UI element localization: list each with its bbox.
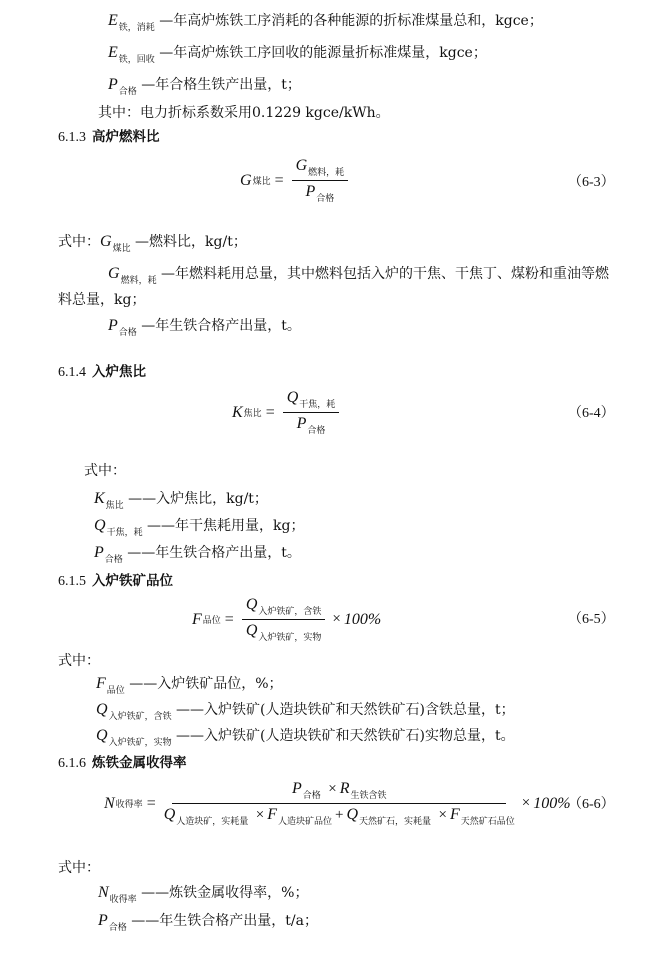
symbol: F bbox=[450, 806, 460, 823]
fraction: Q入炉铁矿，含铁 Q入炉铁矿，实物 bbox=[242, 596, 326, 643]
plus-sign: + bbox=[335, 807, 343, 823]
symbol: Q bbox=[96, 727, 108, 744]
section-heading-6-1-6: 6.1.6炼铁金属收得率 bbox=[58, 754, 187, 773]
subscript: 燃料，耗 bbox=[308, 168, 344, 178]
subscript: 合格 bbox=[316, 194, 334, 204]
equation-number-6-3: （6-3） bbox=[568, 171, 615, 191]
equals-sign: = bbox=[225, 611, 234, 629]
definition-p-qualified: P合格 —年合格生铁产出量，t； bbox=[108, 76, 301, 101]
subscript: 铁，消耗 bbox=[119, 23, 155, 33]
subscript: 合格 bbox=[303, 791, 321, 801]
definition-text: ——入炉铁矿品位，%； bbox=[129, 676, 282, 692]
subscript: 铁，回收 bbox=[119, 55, 155, 65]
subscript: 入炉铁矿，含铁 bbox=[109, 712, 172, 722]
subscript: 收得率 bbox=[110, 895, 137, 905]
numerator: Q干焦，耗 bbox=[283, 389, 340, 413]
numerator: G燃料，耗 bbox=[292, 157, 349, 181]
formula-6-6: N收得率 = P合格 ×R生铁含铁 Q人造块矿，实耗量 ×F人造块矿品位+Q天然… bbox=[104, 780, 571, 827]
symbol: Q bbox=[164, 806, 176, 823]
electricity-note: 其中：电力折标系数采用0.1229 kgce/kWh。 bbox=[98, 104, 390, 122]
formula-6-4: K焦比 = Q干焦，耗 P合格 bbox=[232, 389, 343, 436]
definition-text: —年高炉炼铁工序回收的能源量折标准煤量，kgce； bbox=[159, 45, 487, 61]
subscript: 天然矿石品位 bbox=[461, 817, 515, 827]
subscript: 合格 bbox=[105, 555, 123, 565]
subscript: 焦比 bbox=[244, 406, 262, 419]
equals-sign: = bbox=[275, 172, 284, 190]
definition-e-recovered: E铁，回收 —年高炉炼铁工序回收的能源量折标准煤量，kgce； bbox=[108, 44, 487, 69]
numerator: P合格 ×R生铁含铁 bbox=[172, 780, 506, 804]
where-label: 式中： bbox=[58, 652, 100, 670]
definition-p-qualified: P合格 —年生铁合格产出量，t。 bbox=[108, 317, 301, 342]
definition-text: —年合格生铁产出量，t； bbox=[141, 77, 301, 93]
definition-p-qualified: P合格 ——年生铁合格产出量，t。 bbox=[94, 544, 301, 569]
equals-sign: = bbox=[147, 795, 156, 813]
section-title: 高炉燃料比 bbox=[92, 129, 160, 145]
section-heading-6-1-5: 6.1.5入炉铁矿品位 bbox=[58, 572, 173, 591]
where-label: 式中： bbox=[58, 859, 100, 877]
subscript: 焦比 bbox=[106, 501, 124, 511]
definition-text: ——入炉铁矿(人造块铁矿和天然铁矿石)含铁总量，t； bbox=[176, 702, 515, 718]
definition-continuation: 料总量，kg； bbox=[58, 291, 145, 309]
definition-text: —年高炉炼铁工序消耗的各种能源的折标准煤量总和，kgce； bbox=[159, 13, 543, 29]
times-sign: × bbox=[332, 611, 340, 628]
definition-text: ——入炉铁矿(人造块铁矿和天然铁矿石)实物总量，t。 bbox=[176, 728, 515, 744]
symbol: P bbox=[108, 76, 118, 93]
subscript: 天然矿石，实耗量 bbox=[359, 817, 431, 827]
times-sign: × bbox=[522, 795, 530, 812]
times-sign: × bbox=[328, 781, 336, 797]
definition-p-qualified: P合格 ——年生铁合格产出量，t/a； bbox=[98, 912, 318, 937]
section-number: 6.1.3 bbox=[58, 130, 86, 145]
definition-g-fuel: G燃料，耗 —年燃料耗用总量，其中燃料包括入炉的干焦、干焦丁、煤粉和重油等燃 bbox=[108, 265, 609, 290]
section-number: 6.1.4 bbox=[58, 365, 86, 380]
symbol: F bbox=[192, 611, 202, 629]
definition-q-dry-coke: Q干焦，耗 ——年干焦耗用量，kg； bbox=[94, 517, 304, 542]
formula-6-3: G煤比 = G燃料，耗 P合格 bbox=[240, 157, 352, 204]
symbol: G bbox=[100, 233, 112, 250]
where-label: 式中： bbox=[58, 234, 100, 250]
symbol: P bbox=[94, 544, 104, 561]
denominator: Q入炉铁矿，实物 bbox=[242, 620, 326, 643]
symbol: G bbox=[240, 172, 252, 190]
symbol: E bbox=[108, 44, 118, 61]
subscript: 合格 bbox=[307, 426, 325, 436]
symbol: Q bbox=[346, 806, 358, 823]
where-label: 式中： bbox=[84, 462, 126, 480]
subscript: 入炉铁矿，实物 bbox=[258, 633, 321, 643]
definition-f-grade: F品位 ——入炉铁矿品位，%； bbox=[96, 675, 283, 700]
numerator: Q入炉铁矿，含铁 bbox=[242, 596, 326, 620]
section-title: 入炉焦比 bbox=[92, 364, 146, 380]
symbol: P bbox=[98, 912, 108, 929]
symbol: Q bbox=[246, 622, 258, 639]
symbol: E bbox=[108, 12, 118, 29]
denominator: P合格 bbox=[302, 181, 339, 204]
times-sign: × bbox=[256, 807, 264, 823]
subscript: 干焦，耗 bbox=[107, 528, 143, 538]
symbol: G bbox=[108, 265, 120, 282]
fraction: G燃料，耗 P合格 bbox=[292, 157, 349, 204]
section-heading-6-1-4: 6.1.4入炉焦比 bbox=[58, 363, 146, 382]
times-sign: × bbox=[439, 807, 447, 823]
symbol: K bbox=[94, 490, 105, 507]
section-number: 6.1.5 bbox=[58, 574, 86, 589]
symbol: Q bbox=[94, 517, 106, 534]
subscript: 入炉铁矿，实物 bbox=[109, 738, 172, 748]
fraction: P合格 ×R生铁含铁 Q人造块矿，实耗量 ×F人造块矿品位+Q天然矿石，实耗量 … bbox=[162, 780, 517, 827]
subscript: 合格 bbox=[119, 328, 137, 338]
subscript: 人造块矿品位 bbox=[278, 817, 332, 827]
symbol: P bbox=[306, 183, 316, 200]
section-heading-6-1-3: 6.1.3高炉燃料比 bbox=[58, 128, 160, 147]
subscript: 品位 bbox=[107, 686, 125, 696]
section-number: 6.1.6 bbox=[58, 756, 86, 771]
equation-number-6-6: （6-6） bbox=[568, 793, 615, 813]
subscript: 燃料，耗 bbox=[121, 276, 157, 286]
subscript: 入炉铁矿，含铁 bbox=[258, 607, 321, 617]
subscript: 合格 bbox=[119, 87, 137, 97]
subscript: 收得率 bbox=[116, 797, 143, 810]
definition-q-iron-content: Q入炉铁矿，含铁 ——入炉铁矿(人造块铁矿和天然铁矿石)含铁总量，t； bbox=[96, 701, 515, 726]
symbol: G bbox=[296, 157, 308, 174]
definition-text: ——年干焦耗用量，kg； bbox=[147, 518, 304, 534]
symbol: Q bbox=[287, 389, 299, 406]
subscript: 干焦，耗 bbox=[299, 400, 335, 410]
formula-6-5: F品位 = Q入炉铁矿，含铁 Q入炉铁矿，实物 ×100% bbox=[192, 596, 381, 643]
definition-k-coke-ratio: K焦比 ——入炉焦比，kg/t； bbox=[94, 490, 268, 515]
definition-text: —年生铁合格产出量，t。 bbox=[141, 318, 301, 334]
multiplier: 100% bbox=[344, 611, 381, 629]
definition-text: ——年生铁合格产出量，t。 bbox=[127, 545, 301, 561]
subscript: 合格 bbox=[109, 923, 127, 933]
symbol: K bbox=[232, 404, 243, 422]
definition-text: ——炼铁金属收得率，%； bbox=[141, 885, 308, 901]
symbol: N bbox=[104, 795, 115, 813]
definition-n-yield: N收得率 ——炼铁金属收得率，%； bbox=[98, 884, 308, 909]
symbol: N bbox=[98, 884, 109, 901]
definition-e-consumed: E铁，消耗 —年高炉炼铁工序消耗的各种能源的折标准煤量总和，kgce； bbox=[108, 12, 543, 37]
definition-g-ratio: 式中：G煤比 —燃料比，kg/t； bbox=[58, 233, 247, 258]
symbol: Q bbox=[96, 701, 108, 718]
symbol: F bbox=[96, 675, 106, 692]
definition-text: ——年生铁合格产出量，t/a； bbox=[131, 913, 318, 929]
definition-q-physical: Q入炉铁矿，实物 ——入炉铁矿(人造块铁矿和天然铁矿石)实物总量，t。 bbox=[96, 727, 515, 752]
symbol: P bbox=[297, 415, 307, 432]
symbol: P bbox=[108, 317, 118, 334]
subscript: 煤比 bbox=[113, 244, 131, 254]
symbol: Q bbox=[246, 596, 258, 613]
definition-text: ——入炉焦比，kg/t； bbox=[128, 491, 268, 507]
symbol: P bbox=[292, 780, 302, 797]
subscript: 品位 bbox=[203, 613, 221, 626]
denominator: P合格 bbox=[293, 413, 330, 436]
symbol: F bbox=[267, 806, 277, 823]
definition-text: —燃料比，kg/t； bbox=[135, 234, 247, 250]
section-title: 炼铁金属收得率 bbox=[92, 755, 187, 771]
symbol: R bbox=[340, 780, 350, 797]
section-title: 入炉铁矿品位 bbox=[92, 573, 173, 589]
subscript: 人造块矿，实耗量 bbox=[176, 817, 248, 827]
denominator: Q人造块矿，实耗量 ×F人造块矿品位+Q天然矿石，实耗量 ×F天然矿石品位 bbox=[162, 804, 517, 827]
equals-sign: = bbox=[266, 404, 275, 422]
multiplier: 100% bbox=[533, 795, 570, 813]
equation-number-6-5: （6-5） bbox=[568, 608, 615, 628]
subscript: 生铁含铁 bbox=[350, 791, 386, 801]
subscript: 煤比 bbox=[253, 174, 271, 187]
definition-text: —年燃料耗用总量，其中燃料包括入炉的干焦、干焦丁、煤粉和重油等燃 bbox=[161, 266, 609, 282]
fraction: Q干焦，耗 P合格 bbox=[283, 389, 340, 436]
equation-number-6-4: （6-4） bbox=[568, 402, 615, 422]
